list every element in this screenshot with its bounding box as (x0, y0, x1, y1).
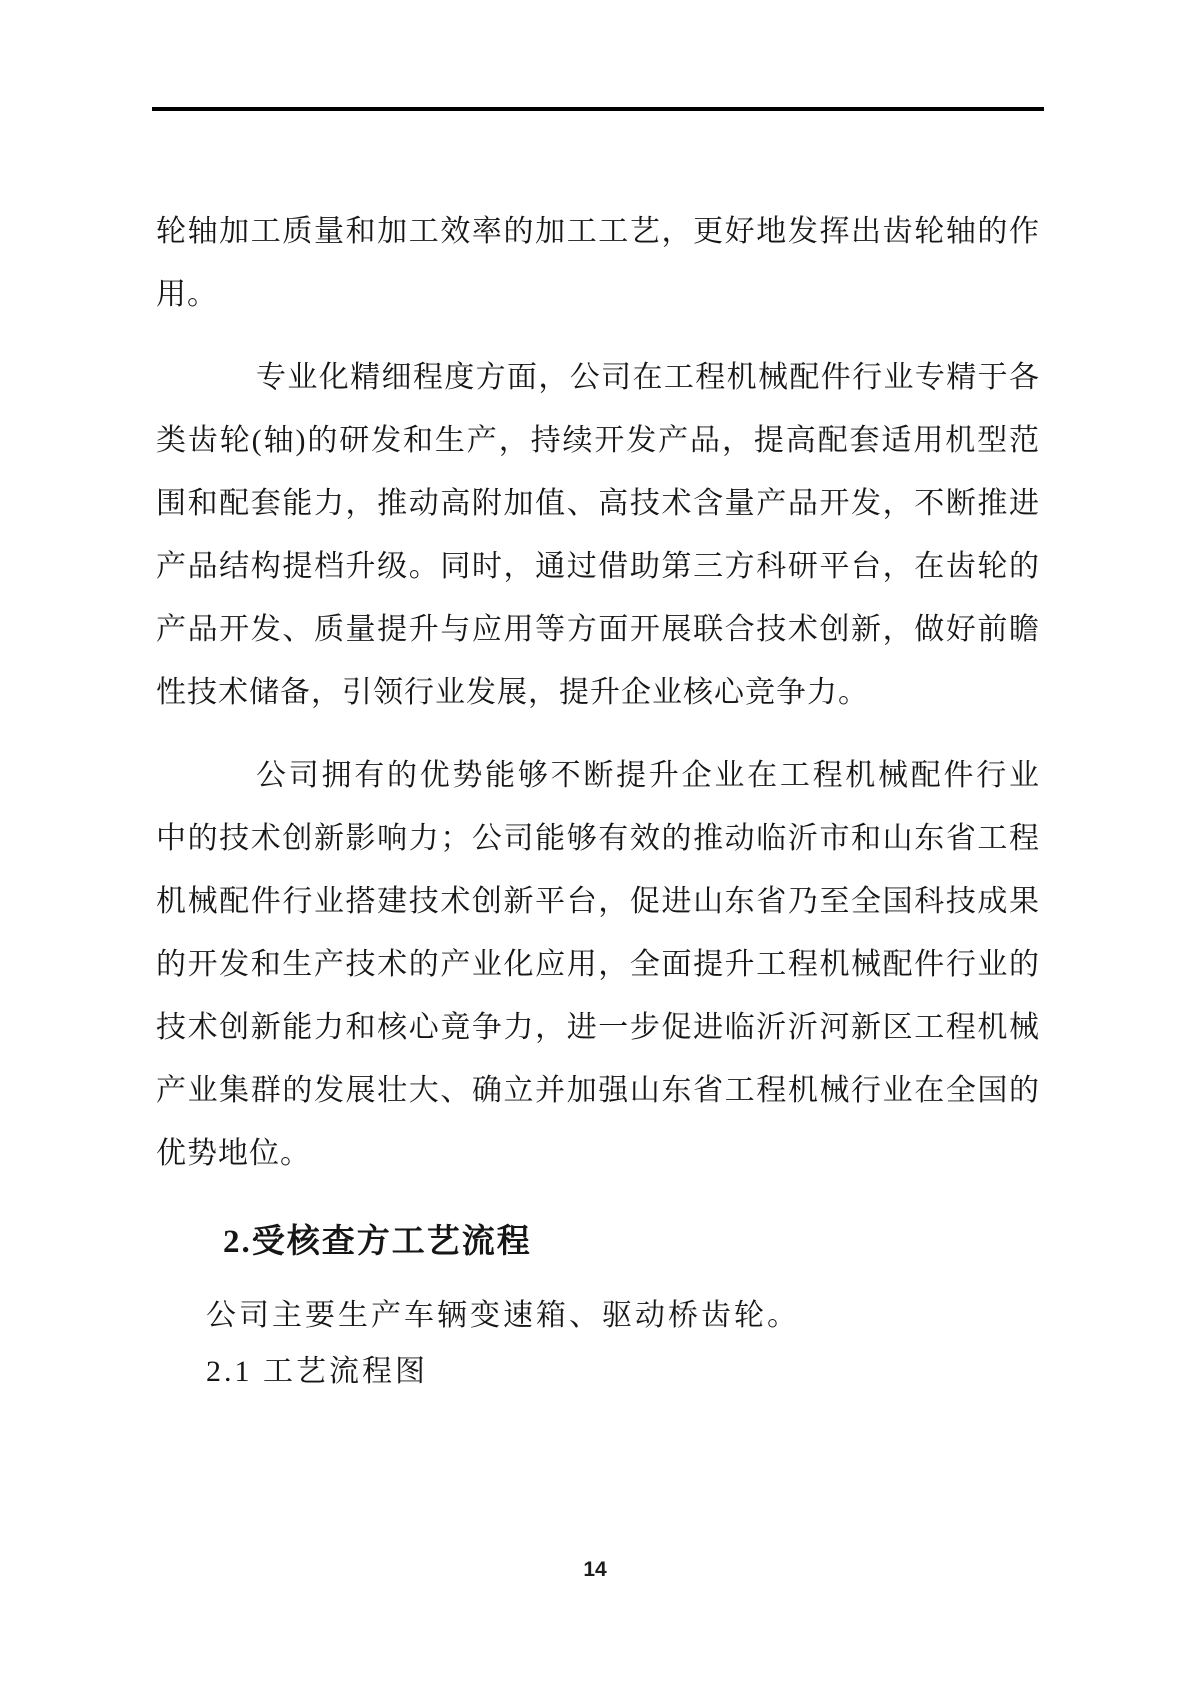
body-text-line: 中的技术创新影响力；公司能够有效的推动临沂市和山东省工程 (156, 807, 1040, 870)
body-text-line: 类齿轮(轴)的研发和生产，持续开发产品，提高配套适用机型范 (156, 409, 1040, 472)
body-text-line: 产业集群的发展壮大、确立并加强山东省工程机械行业在全国的 (156, 1059, 1040, 1122)
paragraph-3: 公司拥有的优势能够不断提升企业在工程机械配件行业 中的技术创新影响力；公司能够有… (156, 744, 1040, 1185)
sub-line-flowchart: 2.1 工艺流程图 (156, 1344, 1040, 1400)
sub-line-products: 公司主要生产车辆变速箱、驱动桥齿轮。 (156, 1288, 1040, 1344)
body-text-line: 性技术储备，引领行业发展，提升企业核心竞争力。 (156, 661, 1040, 724)
body-text-line: 技术创新能力和核心竟争力，进一步促进临沂沂河新区工程机械 (156, 996, 1040, 1059)
body-text-line: 轮轴加工质量和加工效率的加工工艺，更好地发挥出齿轮轴的作 (156, 200, 1040, 263)
body-text-line: 的开发和生产技术的产业化应用，全面提升工程机械配件行业的 (156, 933, 1040, 996)
body-text-line: 优势地位。 (156, 1122, 1040, 1185)
paragraph-1: 轮轴加工质量和加工效率的加工工艺，更好地发挥出齿轮轴的作 用。 (156, 200, 1040, 326)
document-page: 轮轴加工质量和加工效率的加工工艺，更好地发挥出齿轮轴的作 用。 专业化精细程度方… (0, 0, 1190, 1683)
body-text-line: 围和配套能力，推动高附加值、高技术含量产品开发，不断推进 (156, 472, 1040, 535)
header-rule (152, 107, 1044, 111)
body-text-line: 公司拥有的优势能够不断提升企业在工程机械配件行业 (156, 744, 1040, 807)
paragraph-2: 专业化精细程度方面，公司在工程机械配件行业专精于各 类齿轮(轴)的研发和生产，持… (156, 346, 1040, 724)
body-text-line: 机械配件行业搭建技术创新平台，促进山东省乃至全国科技成果 (156, 870, 1040, 933)
page-body: 轮轴加工质量和加工效率的加工工艺，更好地发挥出齿轮轴的作 用。 专业化精细程度方… (156, 200, 1040, 1400)
body-text-line: 产品结构提档升级。同时，通过借助第三方科研平台，在齿轮的 (156, 535, 1040, 598)
body-text-line: 专业化精细程度方面，公司在工程机械配件行业专精于各 (156, 346, 1040, 409)
body-text-line: 产品开发、质量提升与应用等方面开展联合技术创新，做好前瞻 (156, 598, 1040, 661)
page-number: 14 (0, 1558, 1190, 1582)
body-text-line: 用。 (156, 263, 1040, 326)
section-heading: 2.受核查方工艺流程 (223, 1211, 1040, 1274)
